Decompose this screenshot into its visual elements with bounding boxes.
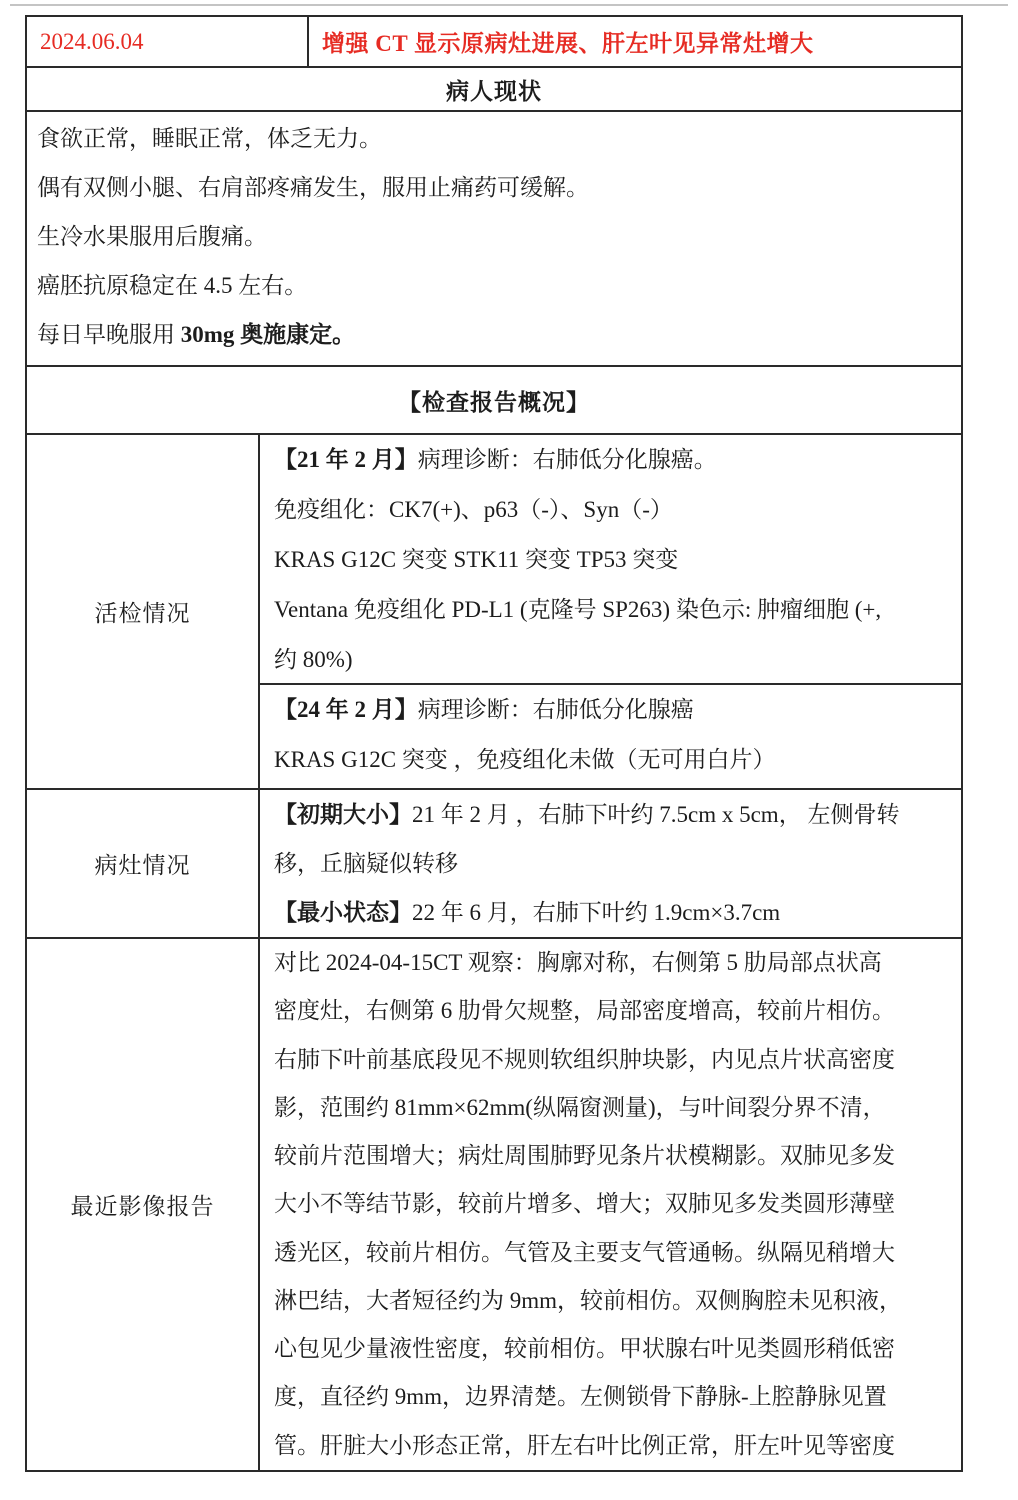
text-line: 右肺下叶前基底段见不规则软组织肿块影，内见点片状高密度 <box>260 1036 961 1084</box>
patient-status-header-row: 病人现状 <box>27 68 961 112</box>
biopsy-2024-subrow: 【24 年 2 月】病理诊断：右肺低分化腺癌KRAS G12C 突变 ，免疫组化… <box>260 685 961 788</box>
report-overview-title: 【检查报告概况】 <box>398 384 590 417</box>
text-line: 食欲正常，睡眠正常，体乏无力。 <box>37 114 961 163</box>
text-line: 【初期大小】21 年 2 月 ，右肺下叶约 7.5cm x 5cm， 左侧骨转 <box>260 790 961 839</box>
report-overview-header-row: 【检查报告概况】 <box>27 367 961 435</box>
patient-status-title: 病人现状 <box>446 73 542 106</box>
text-line: 淋巴结，大者短径约为 9mm，较前相仿。双侧胸腔未见积液， <box>260 1277 961 1325</box>
text-line: 影，范围约 81mm×62mm(纵隔窗测量)，与叶间裂分界不清， <box>260 1084 961 1132</box>
imaging-content-cell: 对比 2024-04-15CT 观察：胸廓对称，右侧第 5 肋局部点状高密度灶，… <box>260 939 961 1470</box>
text-line: 较前片范围增大；病灶周围肺野见条片状模糊影。双肺见多发 <box>260 1132 961 1180</box>
imaging-row: 最近影像报告 对比 2024-04-15CT 观察：胸廓对称，右侧第 5 肋局部… <box>27 939 961 1470</box>
text-line: 癌胚抗原稳定在 4.5 左右。 <box>37 261 961 310</box>
text-line: 移，丘脑疑似转移 <box>260 839 961 888</box>
text-line: Ventana 免疫组化 PD-L1 (克隆号 SP263) 染色示: 肿瘤细胞… <box>260 585 961 635</box>
event-title-text: 增强 CT 显示原病灶进展、肝左叶见异常灶增大 <box>322 25 814 58</box>
text-line: 密度灶，右侧第 6 肋骨欠规整，局部密度增高，较前片相仿。 <box>260 987 961 1035</box>
imaging-label-text: 最近影像报告 <box>71 1188 215 1221</box>
text-line: 免疫组化：CK7(+)、p63（-）、Syn（-） <box>260 485 961 535</box>
biopsy-row: 活检情况 【21 年 2 月】病理诊断：右肺低分化腺癌。免疫组化：CK7(+)、… <box>27 435 961 790</box>
text-line: 大小不等结节影，较前片增多、增大；双肺见多发类圆形薄壁 <box>260 1180 961 1228</box>
biopsy-content-cell: 【21 年 2 月】病理诊断：右肺低分化腺癌。免疫组化：CK7(+)、p63（-… <box>260 435 961 788</box>
text-line: 透光区，较前片相仿。气管及主要支气管通畅。纵隔见稍增大 <box>260 1229 961 1277</box>
text-line: 心包见少量液性密度，较前相仿。甲状腺右叶见类圆形稍低密 <box>260 1325 961 1373</box>
lesion-content-cell: 【初期大小】21 年 2 月 ，右肺下叶约 7.5cm x 5cm， 左侧骨转移… <box>260 790 961 937</box>
patient-status-text: 食欲正常，睡眠正常，体乏无力。偶有双侧小腿、右肩部疼痛发生，服用止痛药可缓解。生… <box>27 112 961 359</box>
lesion-label-text: 病灶情况 <box>95 847 191 880</box>
page-top-rule <box>10 4 1008 6</box>
text-line: KRAS G12C 突变 STK11 突变 TP53 突变 <box>260 535 961 585</box>
text-line: 【最小状态】22 年 6 月，右肺下叶约 1.9cm×3.7cm <box>260 888 961 937</box>
imaging-row-label: 最近影像报告 <box>27 939 260 1470</box>
lesion-row-label: 病灶情况 <box>27 790 260 937</box>
text-line: 【24 年 2 月】病理诊断：右肺低分化腺癌 <box>260 685 961 735</box>
date-text: 2024.06.04 <box>40 29 144 55</box>
date-event-row: 2024.06.04 增强 CT 显示原病灶进展、肝左叶见异常灶增大 <box>27 17 961 68</box>
text-line: 度，直径约 9mm，边界清楚。左侧锁骨下静脉-上腔静脉见置 <box>260 1373 961 1421</box>
biopsy-label-text: 活检情况 <box>95 595 191 628</box>
patient-status-row: 食欲正常，睡眠正常，体乏无力。偶有双侧小腿、右肩部疼痛发生，服用止痛药可缓解。生… <box>27 112 961 367</box>
text-line: 【21 年 2 月】病理诊断：右肺低分化腺癌。 <box>260 435 961 485</box>
biopsy-2021-subrow: 【21 年 2 月】病理诊断：右肺低分化腺癌。免疫组化：CK7(+)、p63（-… <box>260 435 961 685</box>
report-table: 2024.06.04 增强 CT 显示原病灶进展、肝左叶见异常灶增大 病人现状 … <box>25 15 963 1472</box>
text-line: 对比 2024-04-15CT 观察：胸廓对称，右侧第 5 肋局部点状高 <box>260 939 961 987</box>
document-page: 2024.06.04 增强 CT 显示原病灶进展、肝左叶见异常灶增大 病人现状 … <box>0 0 1018 1500</box>
text-line: 偶有双侧小腿、右肩部疼痛发生，服用止痛药可缓解。 <box>37 163 961 212</box>
biopsy-row-label: 活检情况 <box>27 435 260 788</box>
event-cell: 增强 CT 显示原病灶进展、肝左叶见异常灶增大 <box>309 17 961 66</box>
text-line: KRAS G12C 突变 ，免疫组化未做（无可用白片） <box>260 735 961 785</box>
text-line: 每日早晚服用 30mg 奥施康定。 <box>37 310 961 359</box>
text-line: 生冷水果服用后腹痛。 <box>37 212 961 261</box>
text-line: 约 80%) <box>260 635 961 685</box>
lesion-row: 病灶情况 【初期大小】21 年 2 月 ，右肺下叶约 7.5cm x 5cm， … <box>27 790 961 939</box>
text-line: 管。肝脏大小形态正常，肝左右叶比例正常，肝左叶见等密度 <box>260 1422 961 1470</box>
date-cell: 2024.06.04 <box>27 17 309 66</box>
